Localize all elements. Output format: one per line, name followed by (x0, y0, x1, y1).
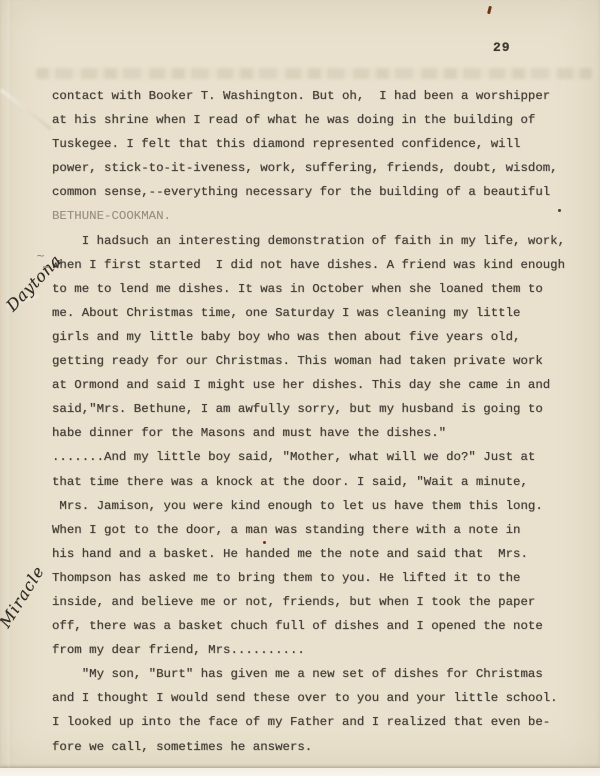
typed-line: Mrs. Jamison, you were kind enough to le… (52, 494, 587, 518)
typed-line: fore we call, sometimes he answers. (52, 735, 587, 759)
typed-line: common sense,--everything necessary for … (52, 180, 587, 204)
typed-line: girls and my little baby boy who was the… (52, 325, 587, 349)
typed-line: off, there was a basket chuch full of di… (52, 614, 587, 638)
typed-line: power, stick-to-it-iveness, work, suffer… (52, 156, 587, 180)
typed-line: at his shrine when I read of what he was… (52, 108, 587, 132)
typed-line: "My son, "Burt" has given me a new set o… (52, 662, 587, 686)
typed-line: his hand and a basket. He handed me the … (52, 542, 587, 566)
paper-bottom-edge (0, 768, 600, 776)
pencil-dash-mark (43, 266, 49, 268)
typed-line: .......And my little boy said, "Mother, … (52, 445, 587, 469)
typed-line: habe dinner for the Masons and must have… (52, 421, 587, 445)
typed-line: Tuskegee. I felt that this diamond repre… (52, 132, 587, 156)
typed-line: from my dear friend, Mrs.......... (52, 638, 587, 662)
typed-line: Thompson has asked me to bring them to y… (52, 566, 587, 590)
pencil-tilde-mark: ~ (36, 249, 45, 262)
typed-line: to me to lend me dishes. It was in Octob… (52, 277, 587, 301)
typed-line: and I thought I would send these over to… (52, 686, 587, 710)
page-number: 29 (493, 40, 511, 55)
ghost-text-impression (36, 68, 592, 79)
typed-line: said,"Mrs. Bethune, I am awfully sorry, … (52, 397, 587, 421)
paper-crease-vertical (8, 0, 11, 768)
stray-period-dot (558, 209, 561, 212)
typed-line: at Ormond and said I might use her dishe… (52, 373, 587, 397)
typed-line: BETHUNE-COOKMAN. (52, 204, 587, 228)
typed-line: contact with Booker T. Washington. But o… (52, 84, 587, 108)
typed-line: me. About Christmas time, one Saturday I… (52, 301, 587, 325)
typed-text-block: contact with Booker T. Washington. But o… (52, 84, 587, 759)
typed-line: I looked up into the face of my Father a… (52, 710, 587, 734)
scanned-document-page: 29 contact with Booker T. Washington. Bu… (0, 0, 600, 776)
typed-line: that time there was a knock at the door.… (52, 470, 587, 494)
typed-line: When I first started I did not have dish… (52, 253, 587, 277)
typed-line: getting ready for our Christmas. This wo… (52, 349, 587, 373)
typed-line: When I got to the door, a man was standi… (52, 518, 587, 542)
typed-line: I hadsuch an interesting demonstration o… (52, 229, 587, 253)
typed-line: inside, and believe me or not, friends, … (52, 590, 587, 614)
red-ink-speck (263, 541, 266, 544)
